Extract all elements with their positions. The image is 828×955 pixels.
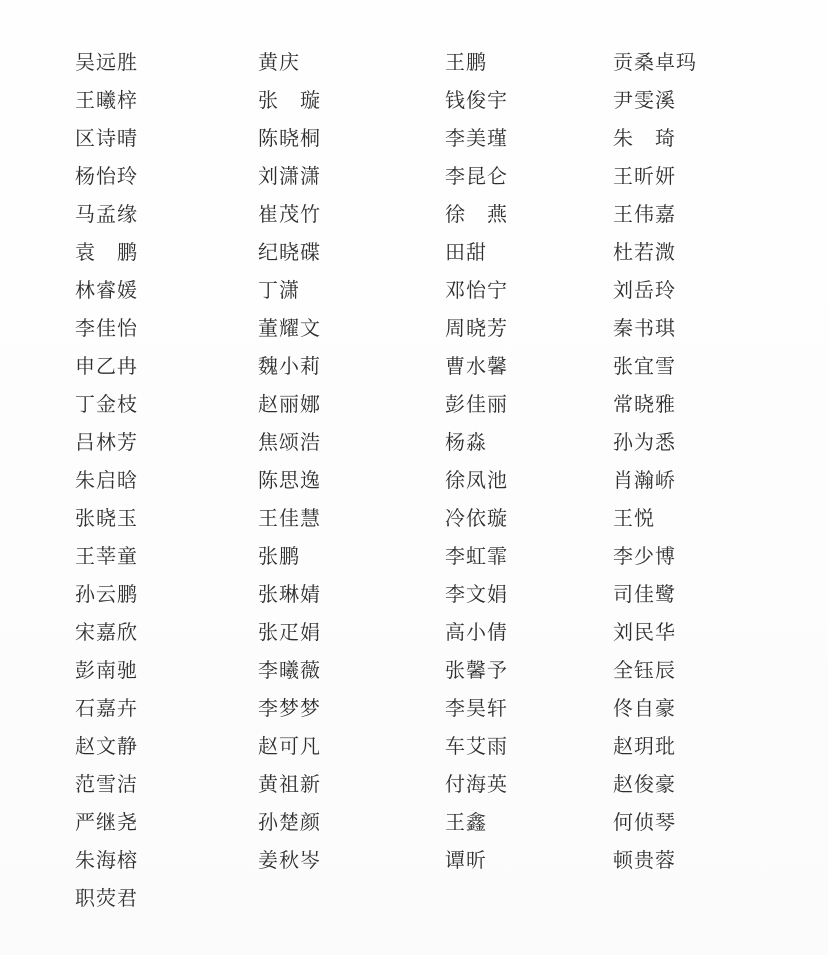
name-item: 徐 燕 xyxy=(445,196,508,234)
name-item: 区诗晴 xyxy=(75,120,138,158)
name-column-2: 黄庆张 璇陈晓桐刘潇潇崔茂竹纪晓碟丁潇董耀文魏小莉赵丽娜焦颂浩陈思逸王佳慧张鹏张… xyxy=(258,44,321,880)
name-item: 冷依璇 xyxy=(445,500,508,538)
name-item: 张晓玉 xyxy=(75,500,138,538)
name-item: 司佳鹭 xyxy=(613,576,697,614)
name-item: 秦书琪 xyxy=(613,310,697,348)
name-item: 孙云鹏 xyxy=(75,576,138,614)
name-column-1: 吴远胜王曦梓区诗晴杨怡玲马孟缘袁 鹏林睿媛李佳怡申乙冉丁金枝吕林芳朱启晗张晓玉王… xyxy=(75,44,138,918)
name-item: 刘岳玲 xyxy=(613,272,697,310)
name-item: 彭佳丽 xyxy=(445,386,508,424)
name-item: 张馨予 xyxy=(445,652,508,690)
name-item: 孙楚颜 xyxy=(258,804,321,842)
name-item: 贡桑卓玛 xyxy=(613,44,697,82)
name-item: 张 璇 xyxy=(258,82,321,120)
name-item: 李佳怡 xyxy=(75,310,138,348)
name-item: 田甜 xyxy=(445,234,508,272)
name-item: 周晓芳 xyxy=(445,310,508,348)
name-item: 谭昕 xyxy=(445,842,508,880)
name-item: 黄庆 xyxy=(258,44,321,82)
name-item: 严继尧 xyxy=(75,804,138,842)
name-item: 张鹏 xyxy=(258,538,321,576)
name-item: 赵文静 xyxy=(75,728,138,766)
name-item: 董耀文 xyxy=(258,310,321,348)
name-item: 马孟缘 xyxy=(75,196,138,234)
name-item: 姜秋岑 xyxy=(258,842,321,880)
name-item: 车艾雨 xyxy=(445,728,508,766)
name-item: 全钰辰 xyxy=(613,652,697,690)
name-item: 林睿媛 xyxy=(75,272,138,310)
name-item: 杨怡玲 xyxy=(75,158,138,196)
name-item: 纪晓碟 xyxy=(258,234,321,272)
name-item: 丁金枝 xyxy=(75,386,138,424)
name-column-4: 贡桑卓玛尹雯溪朱 琦王昕妍王伟嘉杜若溦刘岳玲秦书琪张宜雪常晓雅孙为悉肖瀚峤王悦李… xyxy=(613,44,697,880)
name-item: 吴远胜 xyxy=(75,44,138,82)
name-item: 李美瑾 xyxy=(445,120,508,158)
name-item: 高小倩 xyxy=(445,614,508,652)
name-item: 邓怡宁 xyxy=(445,272,508,310)
name-item: 刘潇潇 xyxy=(258,158,321,196)
name-item: 焦颂浩 xyxy=(258,424,321,462)
name-item: 赵可凡 xyxy=(258,728,321,766)
name-item: 赵丽娜 xyxy=(258,386,321,424)
name-item: 王伟嘉 xyxy=(613,196,697,234)
name-item: 朱启晗 xyxy=(75,462,138,500)
document-page: 吴远胜王曦梓区诗晴杨怡玲马孟缘袁 鹏林睿媛李佳怡申乙冉丁金枝吕林芳朱启晗张晓玉王… xyxy=(0,0,828,955)
name-item: 崔茂竹 xyxy=(258,196,321,234)
name-item: 杜若溦 xyxy=(613,234,697,272)
name-column-3: 王鹏钱俊宇李美瑾李昆仑徐 燕田甜邓怡宁周晓芳曹水馨彭佳丽杨淼徐凤池冷依璇李虹霏李… xyxy=(445,44,508,880)
name-item: 付海英 xyxy=(445,766,508,804)
name-item: 陈晓桐 xyxy=(258,120,321,158)
name-item: 职荧君 xyxy=(75,880,138,918)
name-item: 朱海榕 xyxy=(75,842,138,880)
name-item: 王曦梓 xyxy=(75,82,138,120)
name-item: 赵玥玭 xyxy=(613,728,697,766)
name-item: 常晓雅 xyxy=(613,386,697,424)
name-item: 范雪洁 xyxy=(75,766,138,804)
name-item: 魏小莉 xyxy=(258,348,321,386)
name-item: 朱 琦 xyxy=(613,120,697,158)
name-item: 徐凤池 xyxy=(445,462,508,500)
name-item: 刘民华 xyxy=(613,614,697,652)
name-item: 李虹霏 xyxy=(445,538,508,576)
name-item: 肖瀚峤 xyxy=(613,462,697,500)
name-item: 孙为悉 xyxy=(613,424,697,462)
name-item: 彭南驰 xyxy=(75,652,138,690)
name-item: 何侦琴 xyxy=(613,804,697,842)
name-item: 李梦梦 xyxy=(258,690,321,728)
name-item: 李少博 xyxy=(613,538,697,576)
name-item: 申乙冉 xyxy=(75,348,138,386)
name-item: 李昊轩 xyxy=(445,690,508,728)
name-item: 丁潇 xyxy=(258,272,321,310)
name-item: 王佳慧 xyxy=(258,500,321,538)
name-item: 佟自豪 xyxy=(613,690,697,728)
name-item: 王鑫 xyxy=(445,804,508,842)
name-item: 王鹏 xyxy=(445,44,508,82)
name-item: 吕林芳 xyxy=(75,424,138,462)
name-item: 黄祖新 xyxy=(258,766,321,804)
name-item: 张琳婧 xyxy=(258,576,321,614)
name-item: 李曦薇 xyxy=(258,652,321,690)
name-item: 王莘童 xyxy=(75,538,138,576)
name-item: 陈思逸 xyxy=(258,462,321,500)
name-item: 王昕妍 xyxy=(613,158,697,196)
name-item: 张疋娟 xyxy=(258,614,321,652)
name-item: 张宜雪 xyxy=(613,348,697,386)
name-item: 尹雯溪 xyxy=(613,82,697,120)
name-item: 顿贵蓉 xyxy=(613,842,697,880)
name-item: 袁 鹏 xyxy=(75,234,138,272)
name-item: 王悦 xyxy=(613,500,697,538)
name-item: 杨淼 xyxy=(445,424,508,462)
name-item: 曹水馨 xyxy=(445,348,508,386)
name-item: 石嘉卉 xyxy=(75,690,138,728)
name-item: 宋嘉欣 xyxy=(75,614,138,652)
name-item: 钱俊宇 xyxy=(445,82,508,120)
name-item: 赵俊豪 xyxy=(613,766,697,804)
name-item: 李昆仑 xyxy=(445,158,508,196)
name-item: 李文娟 xyxy=(445,576,508,614)
